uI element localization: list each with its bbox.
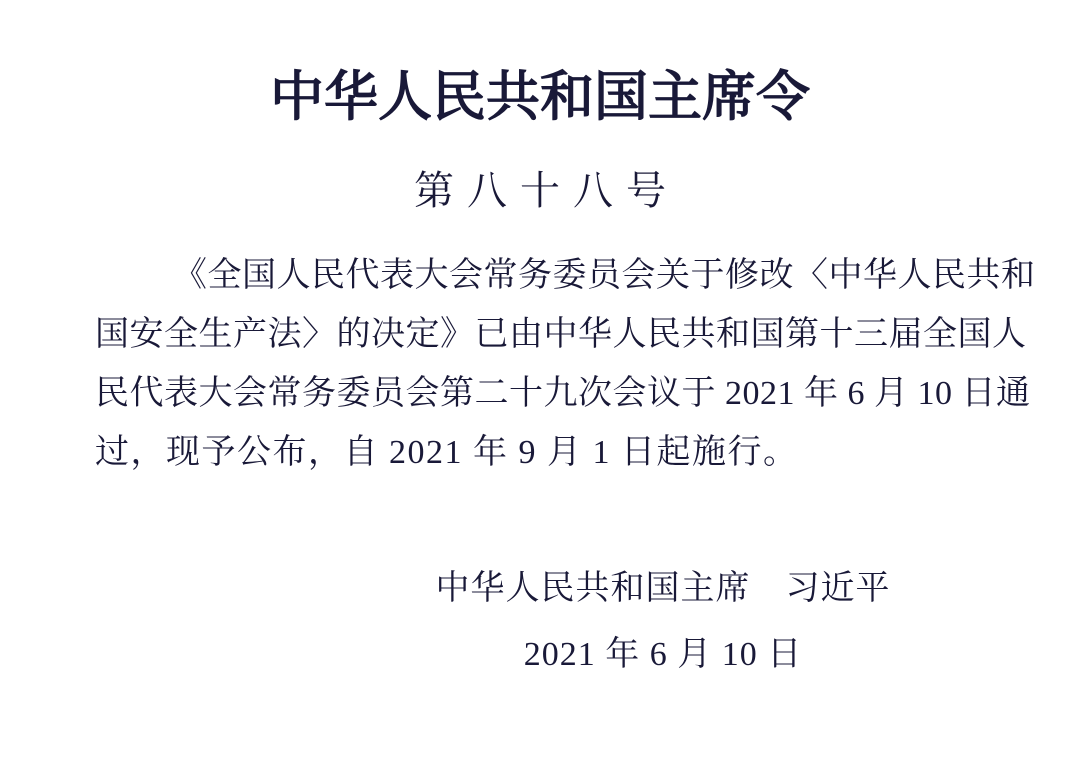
decree-number: 第八十八号 — [0, 168, 1080, 214]
signature-line: 中华人民共和国主席 习近平 — [246, 566, 1080, 612]
decree-document-page: 中华人民共和国主席令 第八十八号 《全国人民代表大会常务委员会关于修改〈中华人民… — [0, 0, 1080, 763]
body-line-4: 过，现予公布，自 2021 年 9 月 1 日起施行。 — [95, 423, 978, 482]
date-line: 2021 年 6 月 10 日 — [246, 632, 1080, 678]
body-line-3: 民代表大会常务委员会第二十九次会议于 2021 年 6 月 10 日通 — [95, 364, 978, 423]
document-body: 《全国人民代表大会常务委员会关于修改〈中华人民共和 国安全生产法〉的决定》已由中… — [95, 246, 978, 482]
body-line-1: 《全国人民代表大会常务委员会关于修改〈中华人民共和 — [95, 246, 978, 305]
document-title: 中华人民共和国主席令 — [0, 66, 1080, 128]
body-line-2: 国安全生产法〉的决定》已由中华人民共和国第十三届全国人 — [95, 305, 978, 364]
